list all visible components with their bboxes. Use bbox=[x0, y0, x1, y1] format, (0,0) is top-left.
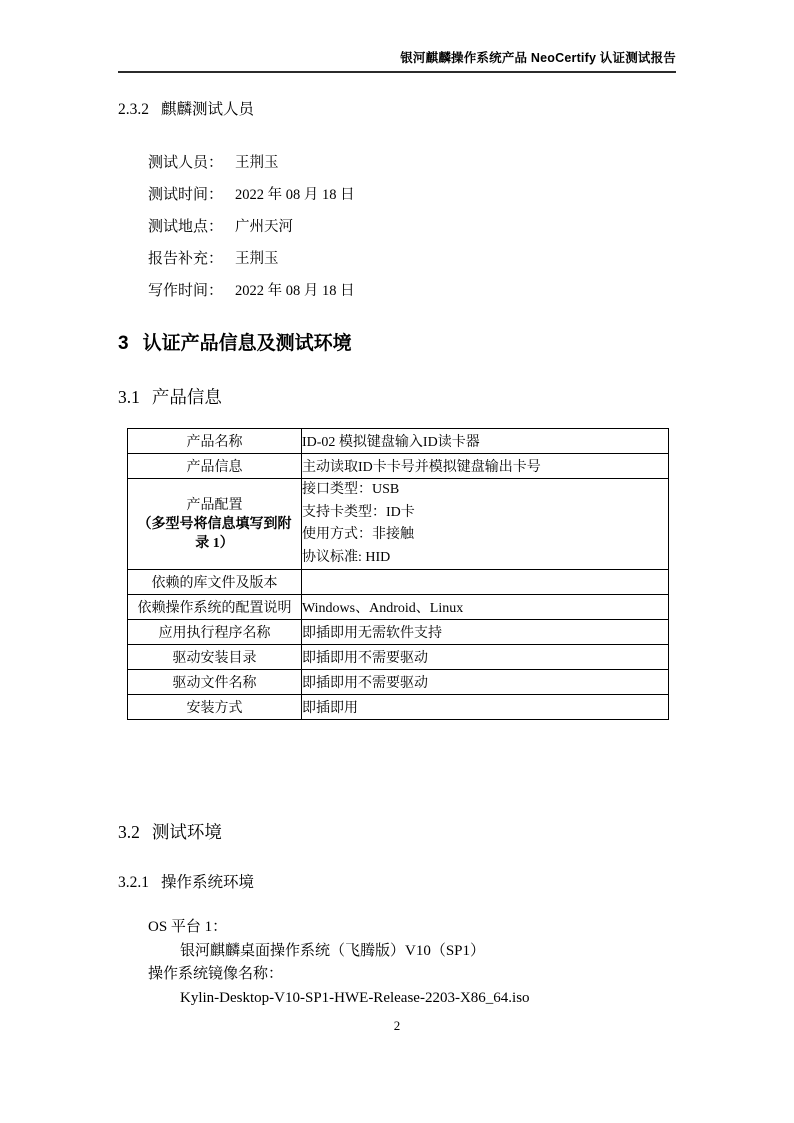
personnel-label: 测试地点： bbox=[148, 219, 223, 235]
personnel-label: 测试人员： bbox=[148, 155, 223, 171]
report-header-title: 银河麒麟操作系统产品 NeoCertify 认证测试报告 bbox=[118, 50, 676, 66]
document-page: 银河麒麟操作系统产品 NeoCertify 认证测试报告 2.3.2麒麟测试人员… bbox=[0, 0, 794, 1123]
personnel-value: 2022 年 08 月 18 日 bbox=[235, 283, 355, 299]
os-image-name: Kylin-Desktop-V10-SP1-HWE-Release-2203-X… bbox=[118, 987, 676, 1011]
personnel-value: 广州天河 bbox=[235, 219, 293, 235]
row-label-cell: 产品配置 （多型号将信息填写到附 录 1） bbox=[128, 479, 302, 570]
section-heading-3: 3认证产品信息及测试环境 bbox=[118, 331, 676, 357]
personnel-row-tester: 测试人员：王荆玉 bbox=[148, 147, 676, 179]
page-content: 银河麒麟操作系统产品 NeoCertify 认证测试报告 2.3.2麒麟测试人员… bbox=[0, 0, 794, 1123]
row-value-cell: 即插即用无需软件支持 bbox=[302, 620, 669, 645]
table-row-product-name: 产品名称 ID-02 模拟键盘输入ID读卡器 bbox=[128, 429, 669, 454]
section-number: 3.2 bbox=[118, 822, 140, 842]
table-row-executable-name: 应用执行程序名称 即插即用无需软件支持 bbox=[128, 620, 669, 645]
row-label-cell: 应用执行程序名称 bbox=[128, 620, 302, 645]
personnel-label: 写作时间： bbox=[148, 283, 223, 299]
row-label-cell: 驱动安装目录 bbox=[128, 645, 302, 670]
row-label-cell: 依赖的库文件及版本 bbox=[128, 570, 302, 595]
personnel-row-test-date: 测试时间：2022 年 08 月 18 日 bbox=[148, 179, 676, 211]
table-row-install-method: 安装方式 即插即用 bbox=[128, 695, 669, 720]
section-heading-3-2-1: 3.2.1操作系统环境 bbox=[118, 872, 676, 894]
personnel-row-location: 测试地点：广州天河 bbox=[148, 211, 676, 243]
config-line-interface: 接口类型：USB bbox=[302, 479, 668, 502]
section-heading-3-2: 3.2测试环境 bbox=[118, 820, 676, 844]
config-line-protocol: 协议标准: HID bbox=[302, 547, 668, 570]
row-value-cell: 即插即用不需要驱动 bbox=[302, 670, 669, 695]
row-label-cell: 安装方式 bbox=[128, 695, 302, 720]
personnel-row-report-supplement: 报告补充：王荆玉 bbox=[148, 243, 676, 275]
row-value-cell bbox=[302, 570, 669, 595]
table-row-driver-file-name: 驱动文件名称 即插即用不需要驱动 bbox=[128, 670, 669, 695]
page-number: 2 bbox=[118, 1018, 676, 1034]
section-number: 3.2.1 bbox=[118, 874, 149, 891]
section-title: 测试环境 bbox=[152, 822, 222, 842]
personnel-value: 2022 年 08 月 18 日 bbox=[235, 187, 355, 203]
row-value-cell: Windows、Android、Linux bbox=[302, 595, 669, 620]
row-label-cell: 产品信息 bbox=[128, 454, 302, 479]
row-label-cell: 产品名称 bbox=[128, 429, 302, 454]
section-title: 认证产品信息及测试环境 bbox=[143, 333, 352, 354]
section-heading-2-3-2: 2.3.2麒麟测试人员 bbox=[118, 99, 676, 121]
row-value-cell: 即插即用不需要驱动 bbox=[302, 645, 669, 670]
section-title: 麒麟测试人员 bbox=[161, 101, 254, 118]
section-number: 2.3.2 bbox=[118, 101, 149, 118]
section-number: 3.1 bbox=[118, 387, 140, 407]
row-label-cell: 依赖操作系统的配置说明 bbox=[128, 595, 302, 620]
row-value-cell: 接口类型：USB 支持卡类型：ID卡 使用方式：非接触 协议标准: HID bbox=[302, 479, 669, 570]
config-note-line1: （多型号将信息填写到附 bbox=[128, 515, 301, 534]
row-value-cell: 即插即用 bbox=[302, 695, 669, 720]
section-number: 3 bbox=[118, 333, 129, 354]
row-label-cell: 驱动文件名称 bbox=[128, 670, 302, 695]
table-row-product-info: 产品信息 主动读取ID卡卡号并模拟键盘输出卡号 bbox=[128, 454, 669, 479]
section-heading-3-1: 3.1产品信息 bbox=[118, 385, 676, 409]
personnel-row-writing-date: 写作时间：2022 年 08 月 18 日 bbox=[148, 275, 676, 307]
row-value-cell: 主动读取ID卡卡号并模拟键盘输出卡号 bbox=[302, 454, 669, 479]
personnel-list: 测试人员：王荆玉 测试时间：2022 年 08 月 18 日 测试地点：广州天河… bbox=[118, 147, 676, 307]
report-header: 银河麒麟操作系统产品 NeoCertify 认证测试报告 bbox=[118, 50, 676, 73]
table-row-library-files: 依赖的库文件及版本 bbox=[128, 570, 669, 595]
section-title: 产品信息 bbox=[152, 387, 222, 407]
table-row-driver-install-dir: 驱动安装目录 即插即用不需要驱动 bbox=[128, 645, 669, 670]
personnel-label: 测试时间： bbox=[148, 187, 223, 203]
os-image-label: 操作系统镜像名称： bbox=[118, 963, 676, 987]
config-note-line2: 录 1） bbox=[128, 534, 301, 553]
table-row-product-config: 产品配置 （多型号将信息填写到附 录 1） 接口类型：USB 支持卡类型：ID卡… bbox=[128, 479, 669, 570]
config-label: 产品配置 bbox=[128, 496, 301, 515]
personnel-label: 报告补充： bbox=[148, 251, 223, 267]
table-row-os-config-note: 依赖操作系统的配置说明 Windows、Android、Linux bbox=[128, 595, 669, 620]
section-title: 操作系统环境 bbox=[161, 874, 254, 891]
config-line-card-type: 支持卡类型：ID卡 bbox=[302, 502, 668, 525]
config-line-usage: 使用方式：非接触 bbox=[302, 524, 668, 547]
row-value-cell: ID-02 模拟键盘输入ID读卡器 bbox=[302, 429, 669, 454]
personnel-value: 王荆玉 bbox=[235, 251, 279, 267]
os-platform-label: OS 平台 1： bbox=[118, 916, 676, 940]
product-info-table: 产品名称 ID-02 模拟键盘输入ID读卡器 产品信息 主动读取ID卡卡号并模拟… bbox=[127, 428, 669, 720]
os-platform-name: 银河麒麟桌面操作系统（飞腾版）V10（SP1） bbox=[118, 940, 676, 964]
os-environment-block: OS 平台 1： 银河麒麟桌面操作系统（飞腾版）V10（SP1） 操作系统镜像名… bbox=[118, 916, 676, 1010]
personnel-value: 王荆玉 bbox=[235, 155, 279, 171]
